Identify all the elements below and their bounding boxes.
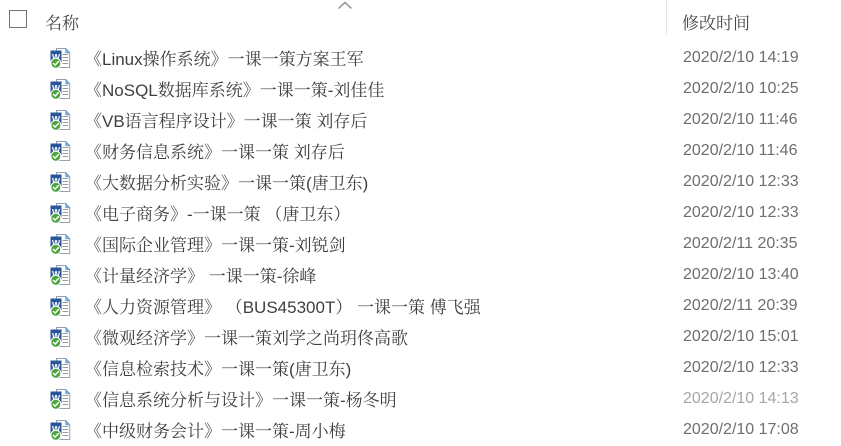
file-name: 《Linux操作系统》一课一策方案王军	[85, 45, 364, 70]
file-name: 《信息系统分析与设计》一课一策-杨冬明	[85, 386, 397, 411]
file-modified-time: 2020/2/10 11:46	[683, 142, 797, 160]
file-name: 《中级财务会计》一课一策-周小梅	[85, 417, 346, 442]
file-row[interactable]: W 《财务信息系统》一课一策 刘存后 2020/2/10 11:46	[0, 135, 841, 166]
file-name: 《VB语言程序设计》一课一策 刘存后	[85, 107, 367, 132]
file-modified-time: 2020/2/10 14:19	[683, 49, 799, 67]
file-modified-time: 2020/2/11 20:39	[683, 297, 797, 315]
file-name: 《人力资源管理》 （BUS45300T） 一课一策 傅飞强	[85, 293, 481, 318]
file-modified-time: 2020/2/11 20:35	[683, 235, 797, 253]
file-row[interactable]: W 《微观经济学》一课一策刘学之尚玥佟高歌 2020/2/10 15:01	[0, 321, 841, 352]
word-document-synced-icon: W	[50, 171, 71, 193]
column-header-bar: 名称 修改时间	[0, 0, 841, 40]
file-modified-time: 2020/2/10 14:13	[683, 390, 799, 408]
word-document-synced-icon: W	[50, 47, 71, 69]
file-modified-time: 2020/2/10 10:25	[683, 80, 799, 98]
file-row[interactable]: W 《Linux操作系统》一课一策方案王军 2020/2/10 14:19	[0, 42, 841, 73]
select-all-checkbox[interactable]	[9, 10, 27, 28]
file-explorer-list-view: 名称 修改时间 W 《Linux操作系统》一课一策方案王	[0, 0, 841, 446]
file-row[interactable]: W 《大数据分析实验》一课一策(唐卫东) 2020/2/10 12:33	[0, 166, 841, 197]
file-modified-time: 2020/2/10 12:33	[683, 173, 799, 191]
word-document-synced-icon: W	[50, 264, 71, 286]
file-row[interactable]: W 《国际企业管理》一课一策-刘锐剑 2020/2/11 20:35	[0, 228, 841, 259]
file-name: 《微观经济学》一课一策刘学之尚玥佟高歌	[85, 324, 408, 349]
file-row[interactable]: W 《信息系统分析与设计》一课一策-杨冬明 2020/2/10 14:13	[0, 383, 841, 414]
word-document-synced-icon: W	[50, 357, 71, 379]
file-row[interactable]: W 《人力资源管理》 （BUS45300T） 一课一策 傅飞强 2020/2/1…	[0, 290, 841, 321]
file-row[interactable]: W 《NoSQL数据库系统》一课一策-刘佳佳 2020/2/10 10:25	[0, 73, 841, 104]
file-row[interactable]: W 《VB语言程序设计》一课一策 刘存后 2020/2/10 11:46	[0, 104, 841, 135]
word-document-synced-icon: W	[50, 109, 71, 131]
file-modified-time: 2020/2/10 12:33	[683, 204, 799, 222]
column-header-name[interactable]: 名称	[45, 9, 79, 34]
word-document-synced-icon: W	[50, 233, 71, 255]
file-name: 《财务信息系统》一课一策 刘存后	[85, 138, 345, 163]
word-document-synced-icon: W	[50, 388, 71, 410]
file-modified-time: 2020/2/10 17:08	[683, 421, 799, 439]
file-row[interactable]: W 《信息检索技术》一课一策(唐卫东) 2020/2/10 12:33	[0, 352, 841, 383]
file-name: 《电子商务》-一课一策 （唐卫东）	[85, 200, 350, 225]
file-name: 《计量经济学》 一课一策-徐峰	[85, 262, 316, 287]
column-divider[interactable]	[666, 0, 667, 34]
word-document-synced-icon: W	[50, 78, 71, 100]
file-name: 《NoSQL数据库系统》一课一策-刘佳佳	[85, 76, 384, 101]
sort-ascending-chevron-icon	[337, 1, 353, 10]
file-row[interactable]: W 《计量经济学》 一课一策-徐峰 2020/2/10 13:40	[0, 259, 841, 290]
word-document-synced-icon: W	[50, 140, 71, 162]
word-document-synced-icon: W	[50, 419, 71, 441]
word-document-synced-icon: W	[50, 295, 71, 317]
file-name: 《国际企业管理》一课一策-刘锐剑	[85, 231, 346, 256]
file-modified-time: 2020/2/10 15:01	[683, 328, 799, 346]
file-list: W 《Linux操作系统》一课一策方案王军 2020/2/10 14:19 W	[0, 42, 841, 445]
word-document-synced-icon: W	[50, 202, 71, 224]
file-modified-time: 2020/2/10 13:40	[683, 266, 799, 284]
word-document-synced-icon: W	[50, 326, 71, 348]
file-modified-time: 2020/2/10 11:46	[683, 111, 797, 129]
file-row[interactable]: W 《电子商务》-一课一策 （唐卫东） 2020/2/10 12:33	[0, 197, 841, 228]
file-name: 《大数据分析实验》一课一策(唐卫东)	[85, 169, 368, 194]
file-name: 《信息检索技术》一课一策(唐卫东)	[85, 355, 351, 380]
file-row[interactable]: W 《中级财务会计》一课一策-周小梅 2020/2/10 17:08	[0, 414, 841, 445]
column-header-modified-time[interactable]: 修改时间	[682, 9, 750, 34]
file-modified-time: 2020/2/10 12:33	[683, 359, 799, 377]
